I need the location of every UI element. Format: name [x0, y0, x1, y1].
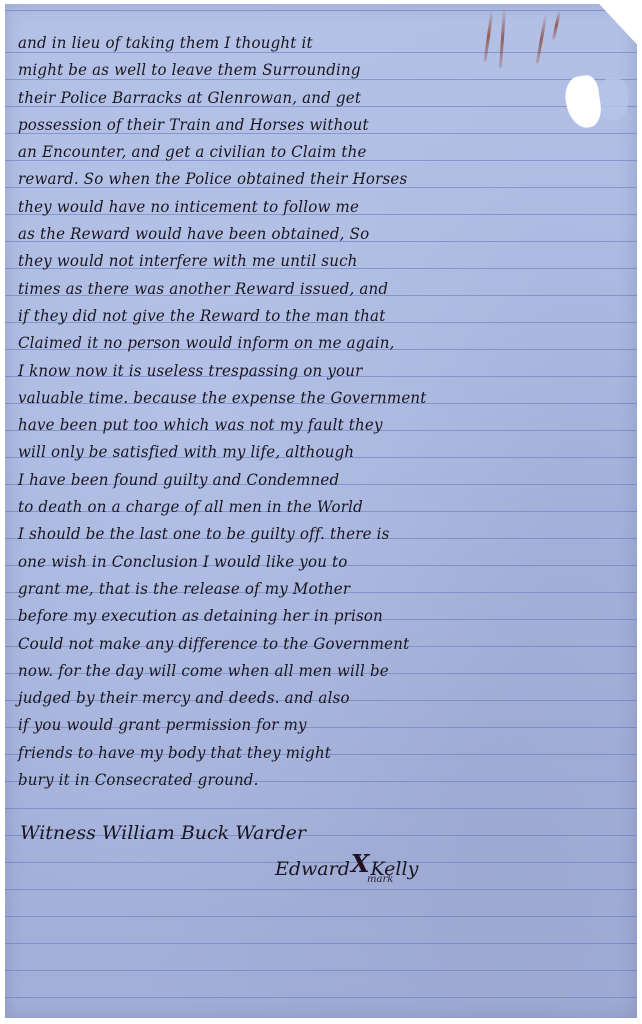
- text-line: have been put too which was not my fault…: [18, 412, 483, 439]
- text-line: reward. So when the Police obtained thei…: [18, 166, 483, 193]
- text-line: an Encounter, and get a civilian to Clai…: [18, 139, 483, 166]
- witness-line: Witness William Buck Warder: [20, 822, 306, 844]
- text-line: will only be satisfied with my life, alt…: [18, 439, 483, 466]
- text-line: if you would grant permission for my: [18, 712, 483, 739]
- paper-damage-patch: [598, 78, 628, 120]
- text-line: and in lieu of taking them I thought it: [18, 30, 483, 57]
- text-line: they would have no inticement to follow …: [18, 194, 483, 221]
- text-line: I should be the last one to be guilty of…: [18, 521, 483, 548]
- text-line: they would not interfere with me until s…: [18, 248, 483, 275]
- text-line: I know now it is useless trespassing on …: [18, 358, 483, 385]
- text-line: their Police Barracks at Glenrowan, and …: [18, 85, 483, 112]
- signature-first-name: Edward: [275, 858, 350, 880]
- signature: EdwardXKelly mark: [275, 852, 418, 881]
- text-line: times as there was another Reward issued…: [18, 276, 483, 303]
- text-line: bury it in Consecrated ground.: [18, 767, 483, 794]
- text-line: if they did not give the Reward to the m…: [18, 303, 483, 330]
- text-line: valuable time. because the expense the G…: [18, 385, 483, 412]
- mark-label: mark: [367, 874, 393, 885]
- text-line: before my execution as detaining her in …: [18, 603, 483, 630]
- text-line: might be as well to leave them Surroundi…: [18, 57, 483, 84]
- text-line: one wish in Conclusion I would like you …: [18, 549, 483, 576]
- text-line: Could not make any difference to the Gov…: [18, 631, 483, 658]
- text-line: friends to have my body that they might: [18, 740, 483, 767]
- text-line: possession of their Train and Horses wit…: [18, 112, 483, 139]
- letter-body: and in lieu of taking them I thought it …: [18, 30, 498, 794]
- text-line: to death on a charge of all men in the W…: [18, 494, 483, 521]
- text-line: judged by their mercy and deeds. and als…: [18, 685, 483, 712]
- text-line: I have been found guilty and Condemned: [18, 467, 483, 494]
- text-line: as the Reward would have been obtained, …: [18, 221, 483, 248]
- text-line: now. for the day will come when all men …: [18, 658, 483, 685]
- text-line: grant me, that is the release of my Moth…: [18, 576, 483, 603]
- text-line: Claimed it no person would inform on me …: [18, 330, 483, 357]
